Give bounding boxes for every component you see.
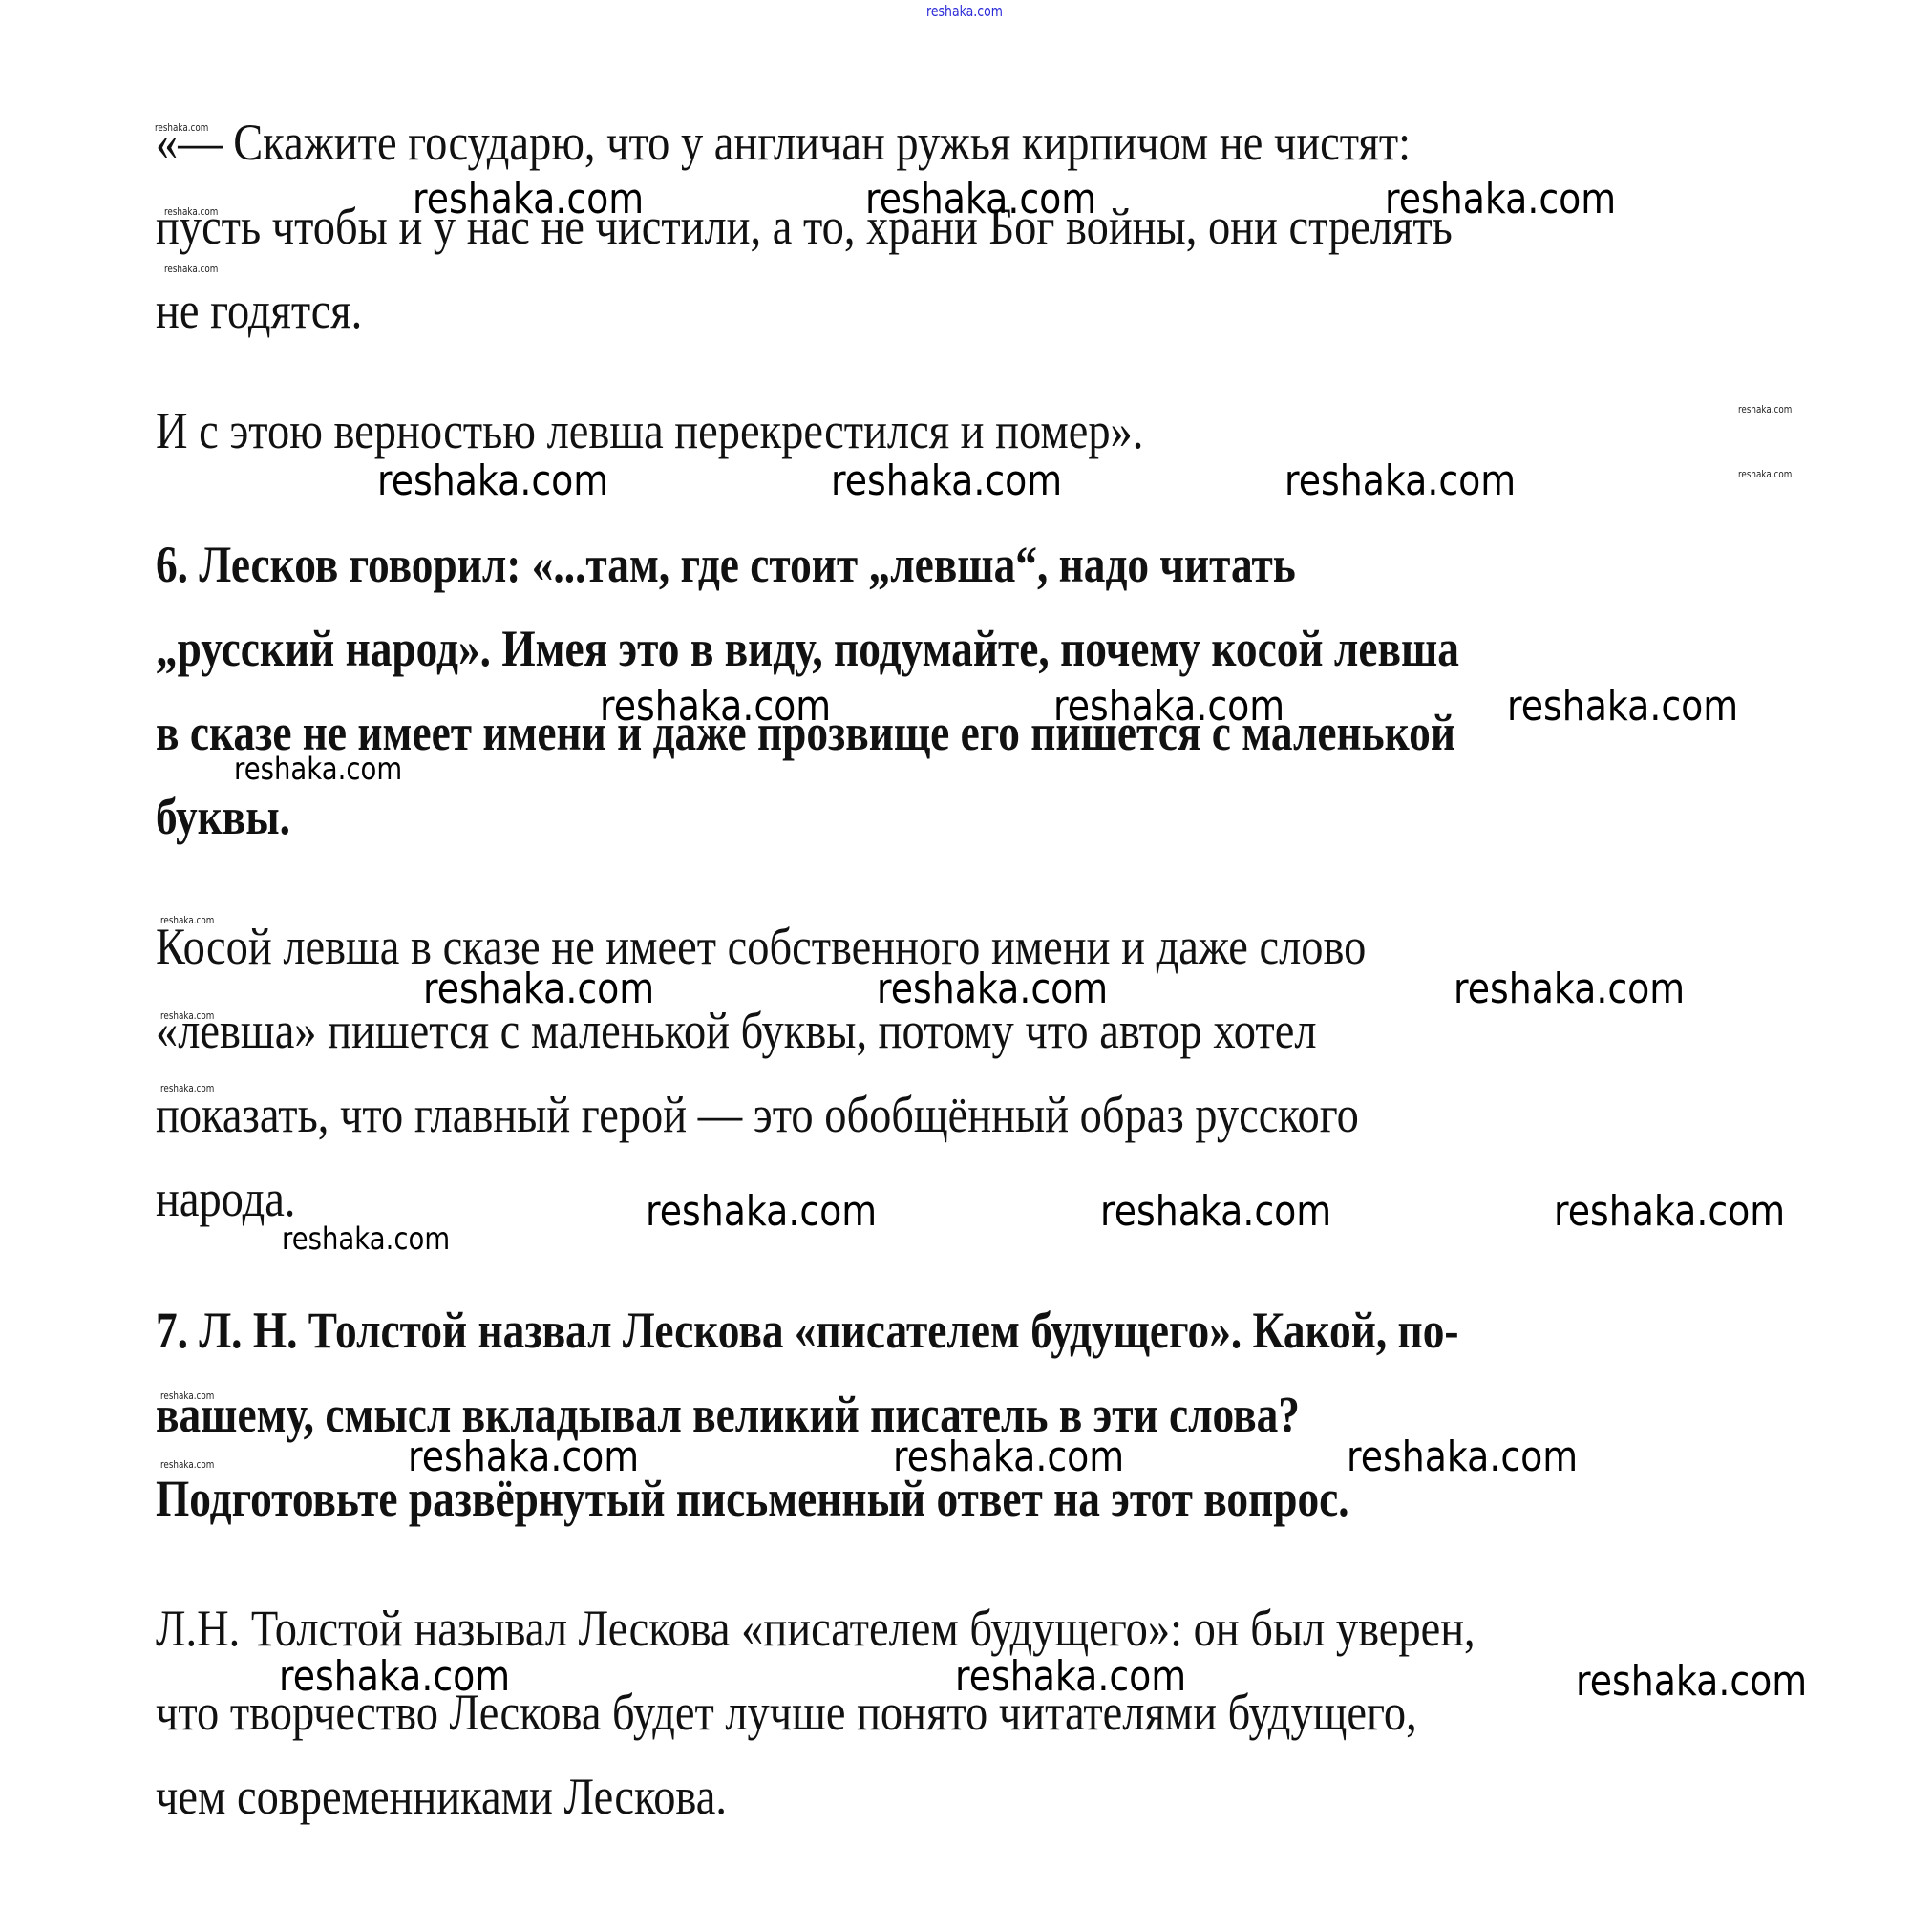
answer-6-line-4: народа. <box>156 1169 295 1228</box>
watermark: reshaka.com <box>423 965 654 1013</box>
watermark: reshaka.com <box>1100 1187 1331 1236</box>
watermark-small: reshaka.com <box>1738 468 1792 480</box>
watermark: reshaka.com <box>234 751 402 787</box>
watermark: reshaka.com <box>1053 682 1284 731</box>
watermark: reshaka.com <box>877 965 1108 1013</box>
watermark: reshaka.com <box>600 682 831 731</box>
watermark: reshaka.com <box>893 1432 1124 1481</box>
watermark-small: reshaka.com <box>164 263 218 275</box>
site-watermark-top: reshaka.com <box>926 2 1003 20</box>
watermark: reshaka.com <box>646 1187 877 1236</box>
watermark-small: reshaka.com <box>160 914 214 926</box>
answer-7-line-3: чем современниками Лескова. <box>156 1767 727 1826</box>
watermark: reshaka.com <box>1576 1657 1807 1706</box>
document-page: reshaka.com «— Скажите государю, что у а… <box>0 0 1932 1931</box>
watermark: reshaka.com <box>408 1432 639 1481</box>
answer-6-line-2: «левша» пишется с маленькой буквы, потом… <box>156 1001 1317 1060</box>
watermark-small: reshaka.com <box>164 205 218 218</box>
question-7-line-2: вашему, смысл вкладывал великий писатель… <box>156 1385 1300 1444</box>
watermark: reshaka.com <box>1454 965 1685 1013</box>
watermark: reshaka.com <box>279 1652 510 1701</box>
question-7-line-3: Подготовьте развёрнутый письменный ответ… <box>156 1469 1349 1528</box>
watermark-small: reshaka.com <box>155 121 208 134</box>
watermark-small: reshaka.com <box>160 1082 214 1094</box>
watermark: reshaka.com <box>282 1220 450 1257</box>
watermark-small: reshaka.com <box>160 1009 214 1022</box>
watermark: reshaka.com <box>1284 456 1516 505</box>
quote-line-3: не годятся. <box>156 281 362 340</box>
question-6-line-4: буквы. <box>156 787 290 846</box>
watermark: reshaka.com <box>1347 1432 1578 1481</box>
quote-line-1: «— Скажите государю, что у англичан ружь… <box>156 113 1411 172</box>
quote-line-2: пусть чтобы и у нас не чистили, а то, хр… <box>156 197 1453 256</box>
watermark: reshaka.com <box>865 175 1096 223</box>
question-6-line-1: 6. Лесков говорил: «...там, где стоит „л… <box>156 535 1296 594</box>
watermark: reshaka.com <box>831 456 1062 505</box>
quote-closing: И с этою верностью левша перекрестился и… <box>156 401 1143 460</box>
answer-6-line-3: показать, что главный герой — это обобщё… <box>156 1085 1359 1144</box>
watermark: reshaka.com <box>1507 682 1738 731</box>
answer-6-line-1: Косой левша в сказе не имеет собственног… <box>156 917 1366 976</box>
watermark: reshaka.com <box>377 456 608 505</box>
answer-7-line-1: Л.Н. Толстой называл Лескова «писателем … <box>156 1599 1476 1658</box>
watermark: reshaka.com <box>1385 175 1616 223</box>
watermark: reshaka.com <box>955 1652 1186 1701</box>
watermark: reshaka.com <box>1554 1187 1785 1236</box>
watermark-small: reshaka.com <box>1738 403 1792 415</box>
watermark-small: reshaka.com <box>160 1390 214 1402</box>
watermark: reshaka.com <box>413 175 644 223</box>
watermark-small: reshaka.com <box>160 1458 214 1471</box>
question-7-line-1: 7. Л. Н. Толстой назвал Лескова «писател… <box>156 1301 1458 1360</box>
question-6-line-2: „русский народ». Имея это в виду, подума… <box>156 619 1459 678</box>
